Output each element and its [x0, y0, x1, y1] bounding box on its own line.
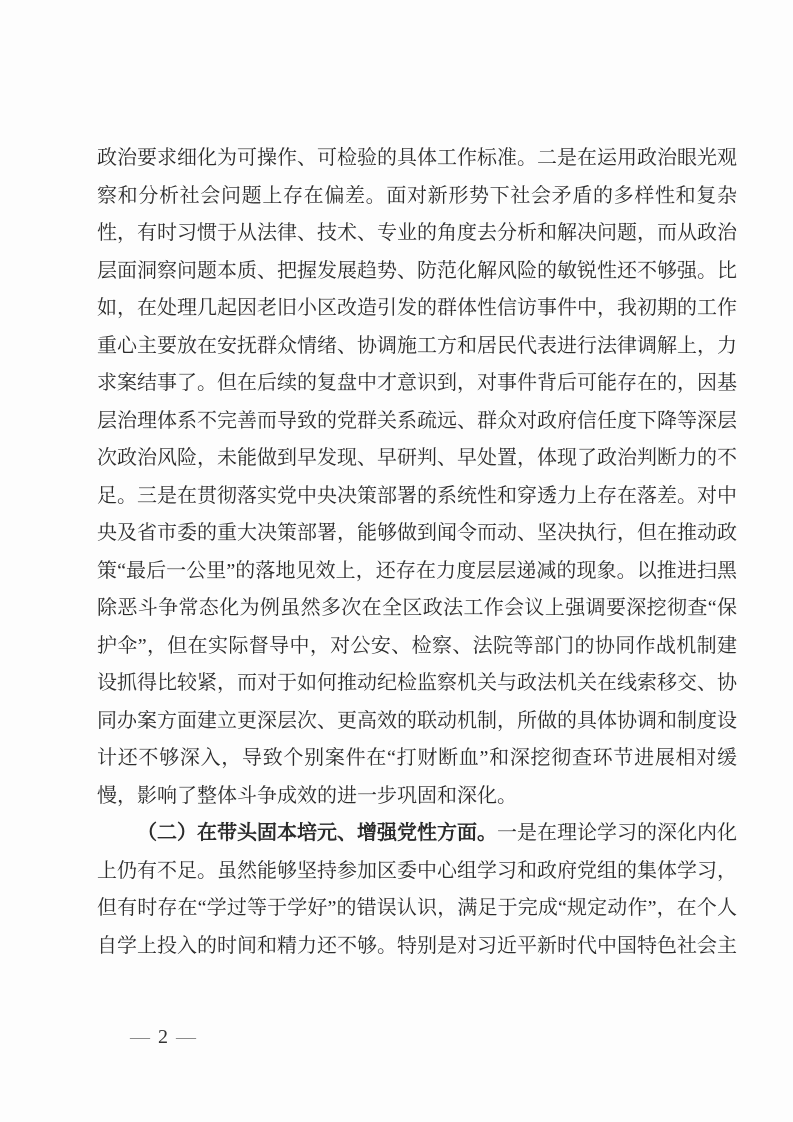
- section-two-heading: （二）在带头固本培元、增强党性方面。: [137, 822, 497, 844]
- document-page: 政治要求细化为可操作、可检验的具体工作标准。二是在运用政治眼光观察和分析社会问题…: [0, 0, 793, 1122]
- page-number: —2—: [130, 1026, 198, 1049]
- paragraph-section-two: （二）在带头固本培元、增强党性方面。一是在理论学习的深化内化上仍有不足。虽然能够…: [97, 815, 737, 965]
- page-number-right-dash: —: [176, 1026, 198, 1048]
- page-number-left-dash: —: [130, 1026, 152, 1048]
- page-number-value: 2: [152, 1026, 176, 1048]
- paragraph-continuation: 政治要求细化为可操作、可检验的具体工作标准。二是在运用政治眼光观察和分析社会问题…: [97, 140, 737, 815]
- paragraph-continuation-text: 政治要求细化为可操作、可检验的具体工作标准。二是在运用政治眼光观察和分析社会问题…: [97, 147, 737, 807]
- document-body: 政治要求细化为可操作、可检验的具体工作标准。二是在运用政治眼光观察和分析社会问题…: [97, 140, 737, 965]
